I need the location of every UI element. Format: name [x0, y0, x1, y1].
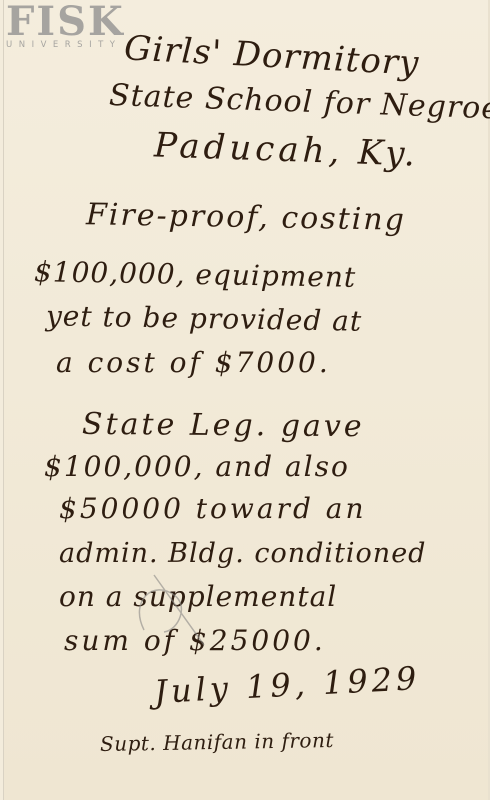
- body-line: admin. Bldg. conditioned: [59, 538, 426, 569]
- document-date: July 19, 1929: [153, 659, 421, 711]
- body-line: yet to be provided at: [46, 299, 363, 338]
- logo-wordmark: FISK: [6, 0, 125, 45]
- body-line: $50000 toward an: [59, 492, 367, 525]
- body-line: Fire-proof, costing: [86, 197, 406, 238]
- body-line: State Leg. gave: [82, 407, 365, 444]
- footnote: Supt. Hanifan in front: [100, 728, 334, 756]
- document-page: FISK UNIVERSITY Girls' Dormitory State S…: [3, 0, 490, 800]
- pencil-scribble-mark: [124, 560, 214, 650]
- body-line: a cost of $7000.: [56, 346, 331, 379]
- title-line-1: Girls' Dormitory: [123, 28, 420, 83]
- title-line-2: State School for Negroes: [109, 78, 490, 127]
- title-line-3: Paducah, Ky.: [153, 125, 419, 174]
- body-line: $100,000, and also: [44, 450, 350, 483]
- fisk-university-logo: FISK UNIVERSITY: [6, 2, 136, 52]
- body-line: $100,000, equipment: [34, 255, 357, 294]
- logo-subtitle: UNIVERSITY: [6, 40, 121, 50]
